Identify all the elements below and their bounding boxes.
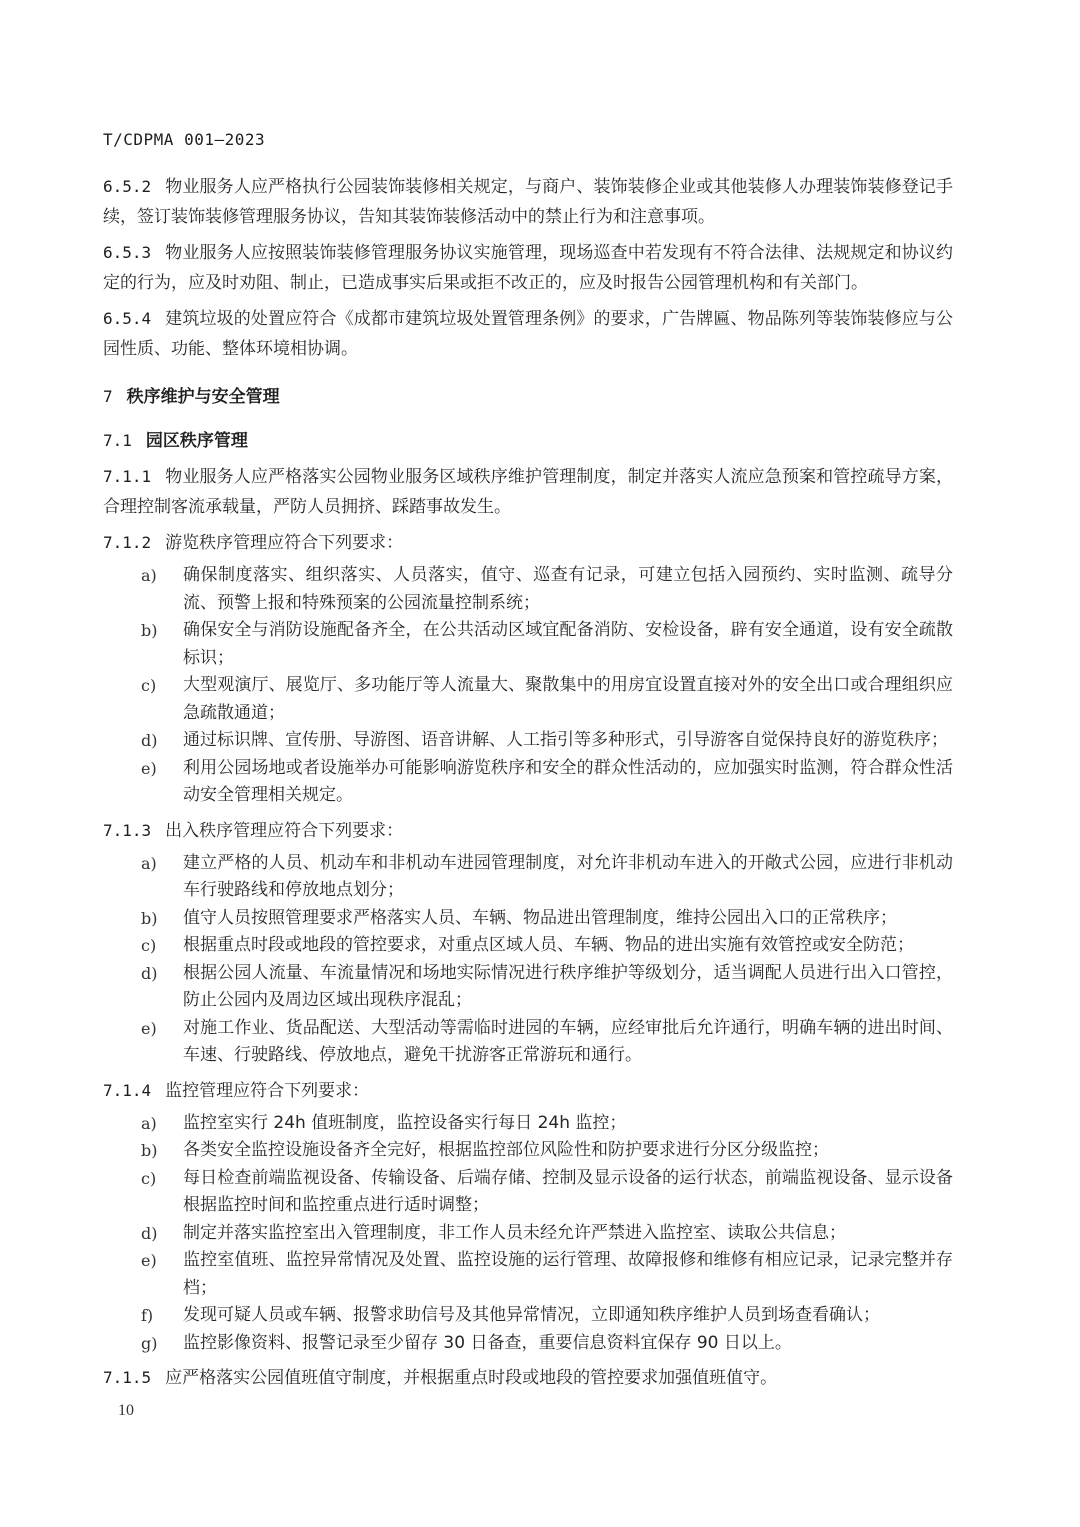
list-label: g) (141, 1330, 183, 1358)
list-item: f)发现可疑人员或车辆、报警求助信号及其他异常情况，立即通知秩序维护人员到场查看… (103, 1302, 953, 1330)
list-text: 根据公园人流量、车流量情况和场地实际情况进行秩序维护等级划分，适当调配人员进行出… (183, 960, 953, 1015)
list-text: 确保制度落实、组织落实、人员落实，值守、巡查有记录，可建立包括入园预约、实时监测… (183, 562, 953, 617)
clause-number: 7.1.5 (103, 1368, 151, 1387)
list-text: 确保安全与消防设施配备齐全，在公共活动区域宜配备消防、安检设备，辟有安全通道，设… (183, 617, 953, 672)
list-text: 大型观演厅、展览厅、多功能厅等人流量大、聚散集中的用房宜设置直接对外的安全出口或… (183, 672, 953, 727)
list-label: c) (141, 672, 183, 727)
list-label: a) (141, 1110, 183, 1138)
clause-text: 物业服务人应严格执行公园装饰装修相关规定，与商户、装饰装修企业或其他装修人办理装… (103, 177, 953, 227)
clause-7-1-3: 7.1.3出入秩序管理应符合下列要求： (103, 816, 953, 846)
list-text: 建立严格的人员、机动车和非机动车进园管理制度，对允许非机动车进入的开敞式公园，应… (183, 850, 953, 905)
clause-text: 建筑垃圾的处置应符合《成都市建筑垃圾处置管理条例》的要求，广告牌匾、物品陈列等装… (103, 309, 953, 359)
list-item: a)确保制度落实、组织落实、人员落实，值守、巡查有记录，可建立包括入园预约、实时… (103, 562, 953, 617)
list-item: b)确保安全与消防设施配备齐全，在公共活动区域宜配备消防、安检设备，辟有安全通道… (103, 617, 953, 672)
list-item: d)制定并落实监控室出入管理制度，非工作人员未经允许严禁进入监控室、读取公共信息… (103, 1220, 953, 1248)
list-label: c) (141, 932, 183, 960)
list-label: d) (141, 960, 183, 1015)
section-heading-7: 7秩序维护与安全管理 (103, 382, 953, 412)
section-title: 园区秩序管理 (146, 431, 248, 451)
list-text: 监控室值班、监控异常情况及处置、监控设施的运行管理、故障报修和维修有相应记录，记… (183, 1247, 953, 1302)
list-text: 监控室实行 24h 值班制度，监控设备实行每日 24h 监控； (183, 1110, 953, 1138)
list-text: 利用公园场地或者设施举办可能影响游览秩序和安全的群众性活动的，应加强实时监测，符… (183, 755, 953, 810)
list-text: 制定并落实监控室出入管理制度，非工作人员未经允许严禁进入监控室、读取公共信息； (183, 1220, 953, 1248)
clause-7-1-4-list: a)监控室实行 24h 值班制度，监控设备实行每日 24h 监控； b)各类安全… (103, 1110, 953, 1358)
clause-7-1-5: 7.1.5应严格落实公园值班值守制度，并根据重点时段或地段的管控要求加强值班值守… (103, 1363, 953, 1393)
list-item: e)对施工作业、货品配送、大型活动等需临时进园的车辆，应经审批后允许通行，明确车… (103, 1015, 953, 1070)
section-heading-7-1: 7.1园区秩序管理 (103, 426, 953, 456)
list-text: 每日检查前端监视设备、传输设备、后端存储、控制及显示设备的运行状态，前端监视设备… (183, 1165, 953, 1220)
list-item: g)监控影像资料、报警记录至少留存 30 日备查，重要信息资料宜保存 90 日以… (103, 1330, 953, 1358)
list-item: b)各类安全监控设施设备齐全完好，根据监控部位风险性和防护要求进行分区分级监控； (103, 1137, 953, 1165)
clause-6-5-2: 6.5.2物业服务人应严格执行公园装饰装修相关规定，与商户、装饰装修企业或其他装… (103, 172, 953, 232)
document-body: 6.5.2物业服务人应严格执行公园装饰装修相关规定，与商户、装饰装修企业或其他装… (103, 172, 953, 1399)
list-label: b) (141, 1137, 183, 1165)
list-item: e)利用公园场地或者设施举办可能影响游览秩序和安全的群众性活动的，应加强实时监测… (103, 755, 953, 810)
list-item: e)监控室值班、监控异常情况及处置、监控设施的运行管理、故障报修和维修有相应记录… (103, 1247, 953, 1302)
list-item: c)根据重点时段或地段的管控要求，对重点区域人员、车辆、物品的进出实施有效管控或… (103, 932, 953, 960)
list-item: a)建立严格的人员、机动车和非机动车进园管理制度，对允许非机动车进入的开敞式公园… (103, 850, 953, 905)
list-label: c) (141, 1165, 183, 1220)
clause-7-1-3-list: a)建立严格的人员、机动车和非机动车进园管理制度，对允许非机动车进入的开敞式公园… (103, 850, 953, 1070)
list-text: 值守人员按照管理要求严格落实人员、车辆、物品进出管理制度，维持公园出入口的正常秩… (183, 905, 953, 933)
clause-number: 7.1.2 (103, 533, 151, 552)
clause-6-5-4: 6.5.4建筑垃圾的处置应符合《成都市建筑垃圾处置管理条例》的要求，广告牌匾、物… (103, 304, 953, 364)
page-number: 10 (118, 1402, 134, 1420)
clause-text: 游览秩序管理应符合下列要求： (165, 533, 403, 553)
list-label: d) (141, 1220, 183, 1248)
document-code: T/CDPMA 001—2023 (103, 130, 265, 149)
list-text: 通过标识牌、宣传册、导游图、语音讲解、人工指引等多种形式，引导游客自觉保持良好的… (183, 727, 953, 755)
clause-7-1-4: 7.1.4监控管理应符合下列要求： (103, 1076, 953, 1106)
document-page: T/CDPMA 001—2023 6.5.2物业服务人应严格执行公园装饰装修相关… (0, 0, 1080, 1527)
clause-text: 物业服务人应按照装饰装修管理服务协议实施管理，现场巡查中若发现有不符合法律、法规… (103, 243, 953, 293)
clause-number: 6.5.2 (103, 177, 151, 196)
section-number: 7.1 (103, 431, 132, 450)
clause-6-5-3: 6.5.3物业服务人应按照装饰装修管理服务协议实施管理，现场巡查中若发现有不符合… (103, 238, 953, 298)
list-item: b)值守人员按照管理要求严格落实人员、车辆、物品进出管理制度，维持公园出入口的正… (103, 905, 953, 933)
list-item: d)根据公园人流量、车流量情况和场地实际情况进行秩序维护等级划分，适当调配人员进… (103, 960, 953, 1015)
list-text: 根据重点时段或地段的管控要求，对重点区域人员、车辆、物品的进出实施有效管控或安全… (183, 932, 953, 960)
clause-7-1-2: 7.1.2游览秩序管理应符合下列要求： (103, 528, 953, 558)
clause-number: 7.1.4 (103, 1081, 151, 1100)
list-item: a)监控室实行 24h 值班制度，监控设备实行每日 24h 监控； (103, 1110, 953, 1138)
list-text: 监控影像资料、报警记录至少留存 30 日备查，重要信息资料宜保存 90 日以上。 (183, 1330, 953, 1358)
list-label: e) (141, 1247, 183, 1302)
list-label: a) (141, 850, 183, 905)
list-label: e) (141, 1015, 183, 1070)
list-text: 各类安全监控设施设备齐全完好，根据监控部位风险性和防护要求进行分区分级监控； (183, 1137, 953, 1165)
list-item: c)每日检查前端监视设备、传输设备、后端存储、控制及显示设备的运行状态，前端监视… (103, 1165, 953, 1220)
clause-text: 应严格落实公园值班值守制度，并根据重点时段或地段的管控要求加强值班值守。 (165, 1368, 777, 1388)
clause-number: 7.1.3 (103, 821, 151, 840)
section-number: 7 (103, 387, 113, 406)
clause-text: 出入秩序管理应符合下列要求： (165, 821, 403, 841)
list-label: a) (141, 562, 183, 617)
list-text: 对施工作业、货品配送、大型活动等需临时进园的车辆，应经审批后允许通行，明确车辆的… (183, 1015, 953, 1070)
clause-number: 6.5.4 (103, 309, 151, 328)
clause-number: 7.1.1 (103, 467, 151, 486)
clause-text: 物业服务人应严格落实公园物业服务区域秩序维护管理制度，制定并落实人流应急预案和管… (103, 467, 953, 517)
clause-text: 监控管理应符合下列要求： (165, 1081, 369, 1101)
clause-7-1-2-list: a)确保制度落实、组织落实、人员落实，值守、巡查有记录，可建立包括入园预约、实时… (103, 562, 953, 810)
list-label: b) (141, 905, 183, 933)
section-title: 秩序维护与安全管理 (127, 387, 280, 407)
list-text: 发现可疑人员或车辆、报警求助信号及其他异常情况，立即通知秩序维护人员到场查看确认… (183, 1302, 953, 1330)
list-label: d) (141, 727, 183, 755)
clause-7-1-1: 7.1.1物业服务人应严格落实公园物业服务区域秩序维护管理制度，制定并落实人流应… (103, 462, 953, 522)
clause-number: 6.5.3 (103, 243, 151, 262)
list-label: f) (141, 1302, 183, 1330)
list-item: c)大型观演厅、展览厅、多功能厅等人流量大、聚散集中的用房宜设置直接对外的安全出… (103, 672, 953, 727)
list-label: e) (141, 755, 183, 810)
list-item: d)通过标识牌、宣传册、导游图、语音讲解、人工指引等多种形式，引导游客自觉保持良… (103, 727, 953, 755)
list-label: b) (141, 617, 183, 672)
